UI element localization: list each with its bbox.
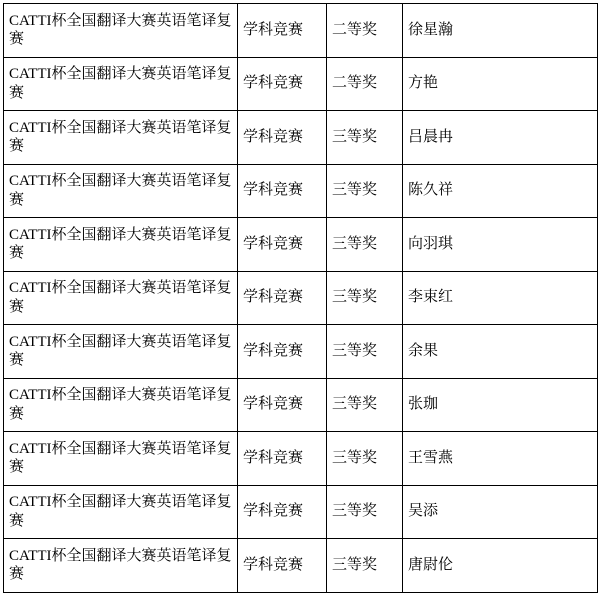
name-cell: 向羽琪 [403, 218, 598, 272]
category-cell: 学科竞赛 [238, 539, 327, 593]
category-cell: 学科竞赛 [238, 271, 327, 325]
category-cell: 学科竞赛 [238, 485, 327, 539]
award-cell: 三等奖 [327, 218, 403, 272]
competition-cell: CATTI杯全国翻译大赛英语笔译复赛 [4, 378, 238, 432]
award-cell: 三等奖 [327, 164, 403, 218]
name-cell: 吴添 [403, 485, 598, 539]
name-cell: 李束红 [403, 271, 598, 325]
competition-cell: CATTI杯全国翻译大赛英语笔译复赛 [4, 325, 238, 379]
competition-cell: CATTI杯全国翻译大赛英语笔译复赛 [4, 485, 238, 539]
category-cell: 学科竞赛 [238, 218, 327, 272]
award-cell: 三等奖 [327, 378, 403, 432]
competition-cell: CATTI杯全国翻译大赛英语笔译复赛 [4, 432, 238, 486]
name-cell: 方艳 [403, 57, 598, 111]
category-cell: 学科竞赛 [238, 164, 327, 218]
category-cell: 学科竞赛 [238, 4, 327, 58]
table-row: CATTI杯全国翻译大赛英语笔译复赛 学科竞赛 三等奖 陈久祥 [4, 164, 598, 218]
award-cell: 二等奖 [327, 57, 403, 111]
award-cell: 三等奖 [327, 432, 403, 486]
name-cell: 吕晨冉 [403, 111, 598, 165]
awards-table: CATTI杯全国翻译大赛英语笔译复赛 学科竞赛 二等奖 徐星瀚 CATTI杯全国… [3, 3, 598, 593]
competition-cell: CATTI杯全国翻译大赛英语笔译复赛 [4, 4, 238, 58]
award-cell: 三等奖 [327, 325, 403, 379]
award-cell: 三等奖 [327, 111, 403, 165]
name-cell: 王雪燕 [403, 432, 598, 486]
table-row: CATTI杯全国翻译大赛英语笔译复赛 学科竞赛 三等奖 王雪燕 [4, 432, 598, 486]
table-row: CATTI杯全国翻译大赛英语笔译复赛 学科竞赛 三等奖 吴添 [4, 485, 598, 539]
table-row: CATTI杯全国翻译大赛英语笔译复赛 学科竞赛 二等奖 方艳 [4, 57, 598, 111]
competition-cell: CATTI杯全国翻译大赛英语笔译复赛 [4, 57, 238, 111]
name-cell: 余果 [403, 325, 598, 379]
name-cell: 陈久祥 [403, 164, 598, 218]
award-cell: 三等奖 [327, 271, 403, 325]
table-row: CATTI杯全国翻译大赛英语笔译复赛 学科竞赛 三等奖 余果 [4, 325, 598, 379]
category-cell: 学科竞赛 [238, 432, 327, 486]
document-page: CATTI杯全国翻译大赛英语笔译复赛 学科竞赛 二等奖 徐星瀚 CATTI杯全国… [0, 0, 604, 599]
table-row: CATTI杯全国翻译大赛英语笔译复赛 学科竞赛 三等奖 唐尉伦 [4, 539, 598, 593]
name-cell: 张珈 [403, 378, 598, 432]
competition-cell: CATTI杯全国翻译大赛英语笔译复赛 [4, 218, 238, 272]
award-cell: 三等奖 [327, 539, 403, 593]
table-row: CATTI杯全国翻译大赛英语笔译复赛 学科竞赛 三等奖 向羽琪 [4, 218, 598, 272]
category-cell: 学科竞赛 [238, 57, 327, 111]
award-cell: 三等奖 [327, 485, 403, 539]
name-cell: 唐尉伦 [403, 539, 598, 593]
table-row: CATTI杯全国翻译大赛英语笔译复赛 学科竞赛 三等奖 吕晨冉 [4, 111, 598, 165]
competition-cell: CATTI杯全国翻译大赛英语笔译复赛 [4, 111, 238, 165]
category-cell: 学科竞赛 [238, 325, 327, 379]
table-row: CATTI杯全国翻译大赛英语笔译复赛 学科竞赛 二等奖 徐星瀚 [4, 4, 598, 58]
competition-cell: CATTI杯全国翻译大赛英语笔译复赛 [4, 271, 238, 325]
award-cell: 二等奖 [327, 4, 403, 58]
table-row: CATTI杯全国翻译大赛英语笔译复赛 学科竞赛 三等奖 张珈 [4, 378, 598, 432]
name-cell: 徐星瀚 [403, 4, 598, 58]
category-cell: 学科竞赛 [238, 378, 327, 432]
category-cell: 学科竞赛 [238, 111, 327, 165]
table-row: CATTI杯全国翻译大赛英语笔译复赛 学科竞赛 三等奖 李束红 [4, 271, 598, 325]
competition-cell: CATTI杯全国翻译大赛英语笔译复赛 [4, 164, 238, 218]
competition-cell: CATTI杯全国翻译大赛英语笔译复赛 [4, 539, 238, 593]
